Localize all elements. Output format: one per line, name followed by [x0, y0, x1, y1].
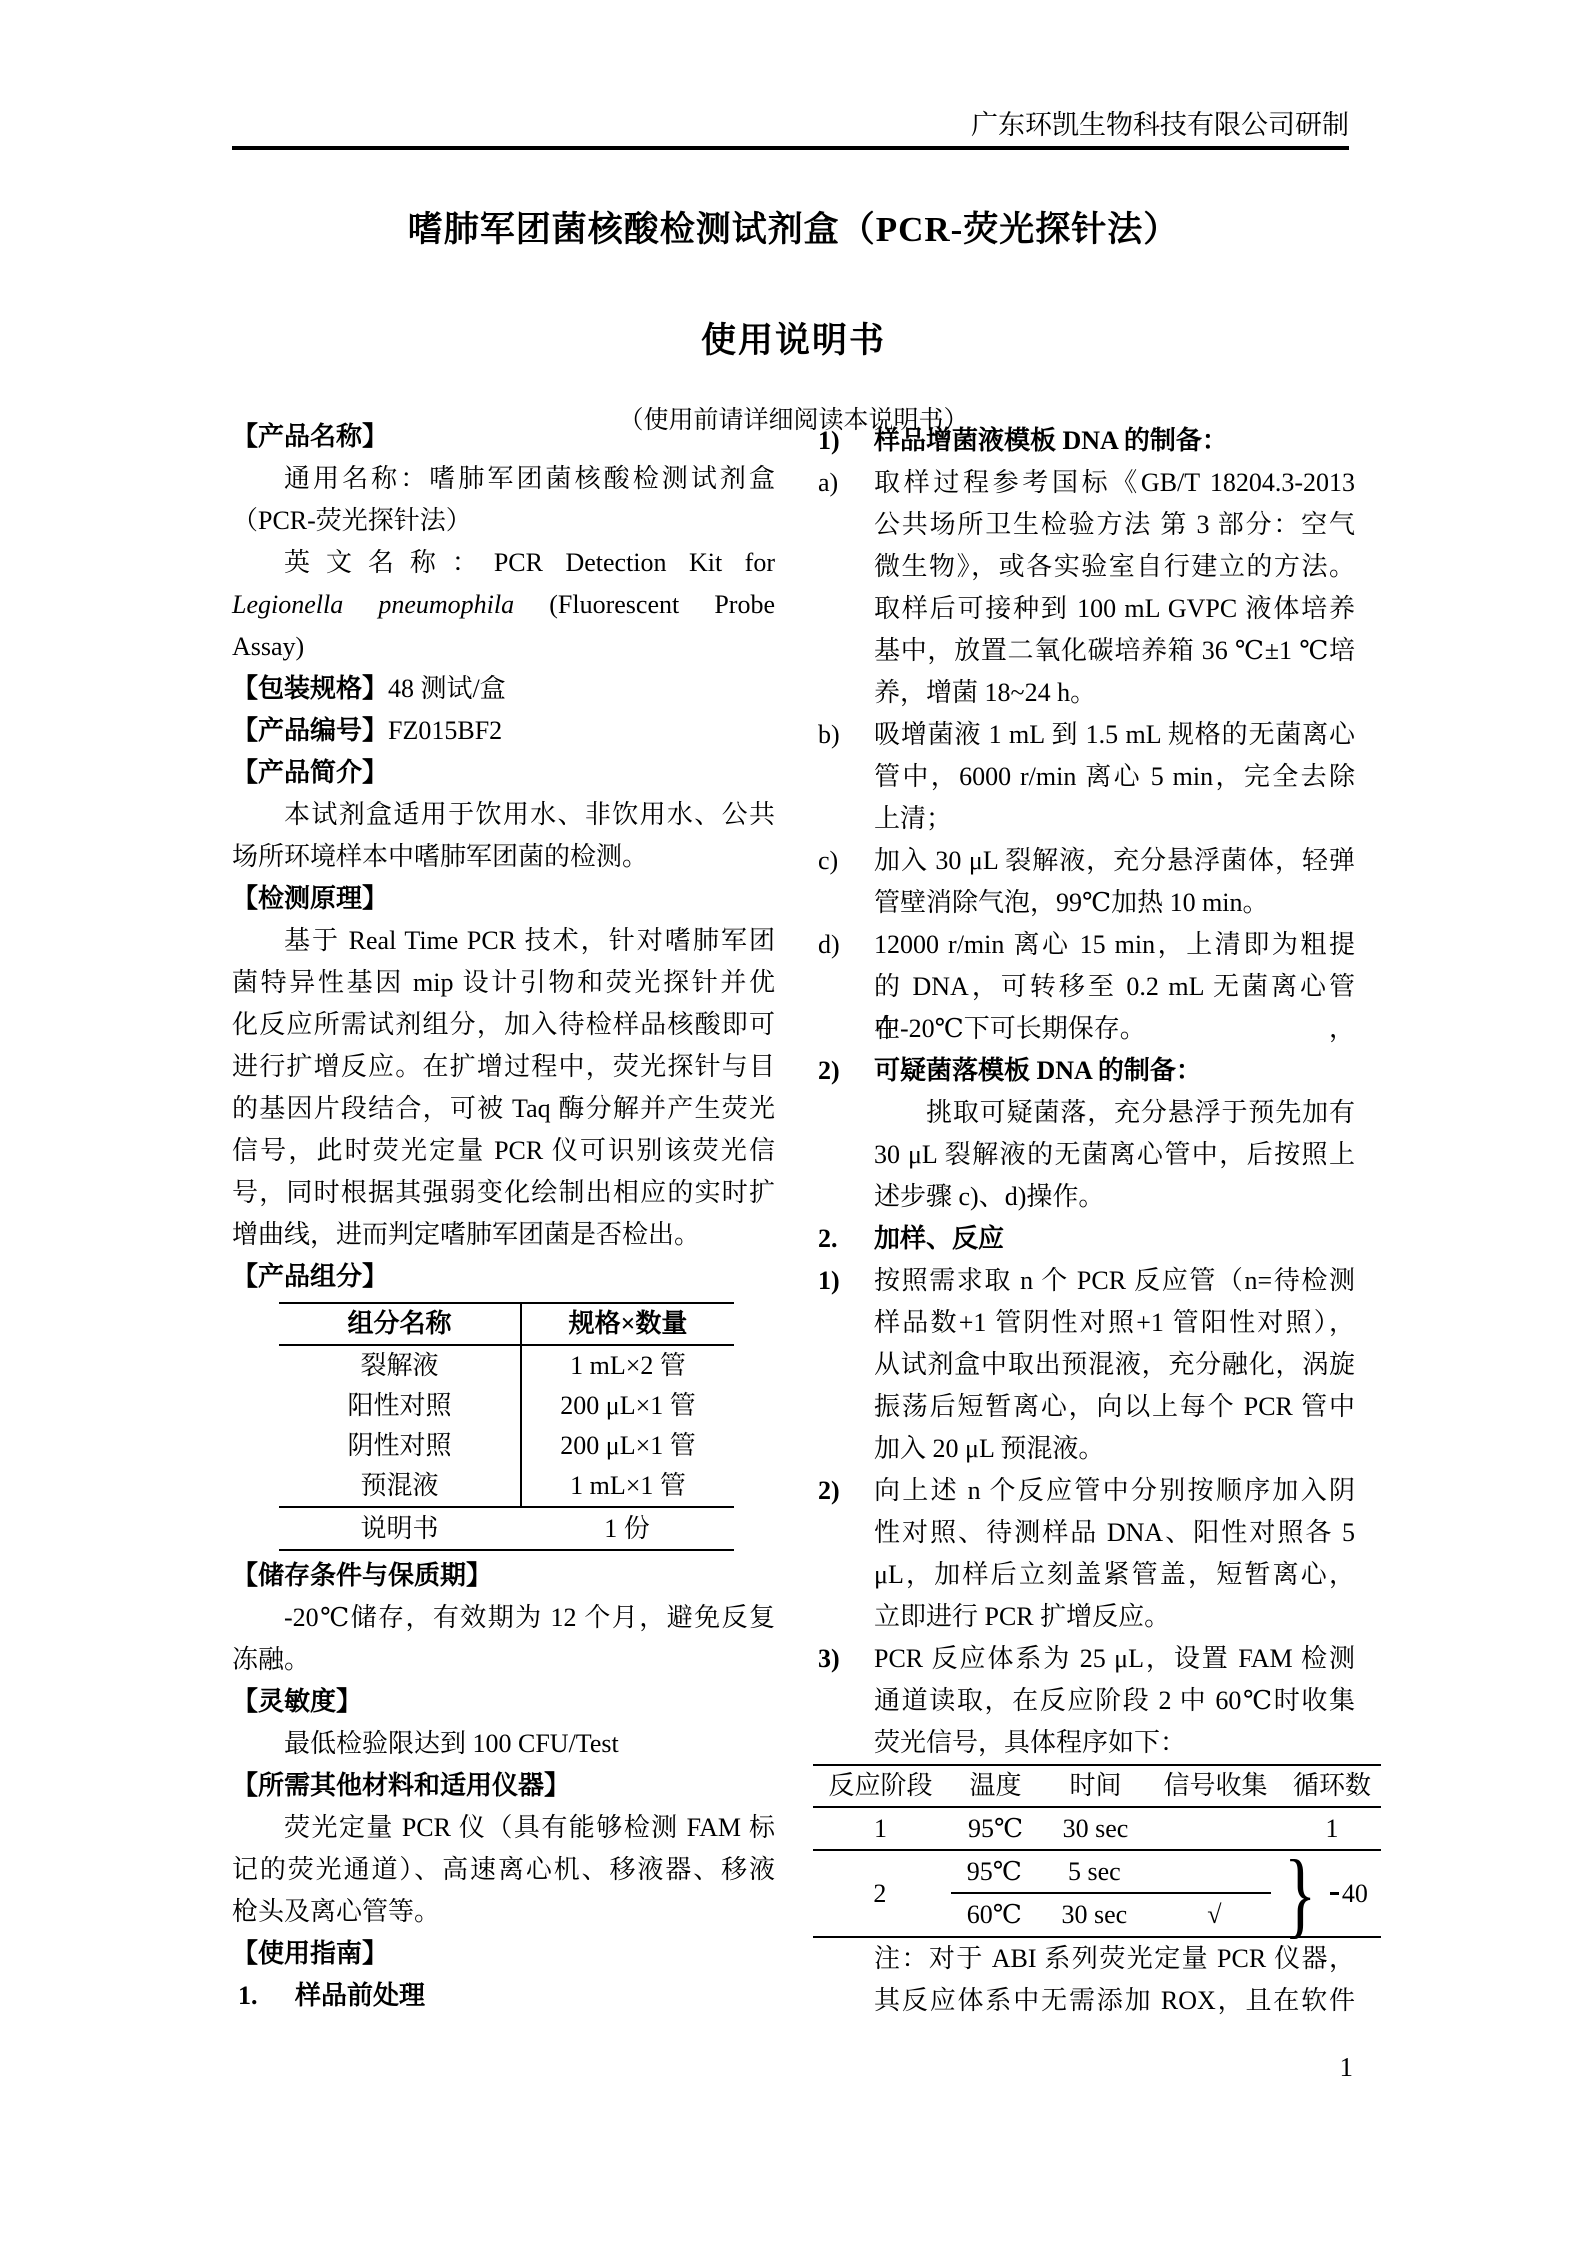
text-run: 信号，此时荧光定量 PCR 仪可识别该荧光信 [232, 1136, 775, 1165]
pcr-stage2-step1-time: 5 sec [1042, 1851, 1147, 1893]
component-table-header: 组分名称 规格×数量 [279, 1304, 734, 1346]
text-line: 振荡后短暂离心，向以上每个 PCR 管中 [874, 1386, 1355, 1428]
sensitivity-text: 最低检验限达到 100 CFU/Test [232, 1723, 775, 1765]
text-line: 30 μL 裂解液的无菌离心管中，后按照上 [874, 1134, 1355, 1176]
component-table-body: 裂解液1 mL×2 管阳性对照200 μL×1 管阴性对照200 μL×1 管预… [279, 1346, 734, 1506]
text-run: 样品数+1 管阴性对照+1 管阳性对照）， [874, 1308, 1355, 1337]
step-sample-pretreatment: 1.样品前处理 [232, 1975, 775, 2017]
text-line: 基中，放置二氧化碳培养箱 36 ℃±1 ℃培 [874, 630, 1355, 672]
text-run: 立即进行 PCR 扩增反应。 [874, 1602, 1170, 1631]
text-run: 化反应所需试剂组分，加入待检样品核酸即可 [232, 1010, 775, 1039]
text-run: 加入 20 μL 预混液。 [874, 1434, 1104, 1463]
component-name: 阳性对照 [279, 1386, 522, 1426]
text-run: 30 μL 裂解液的无菌离心管中，后按照上 [874, 1140, 1355, 1169]
text-line: （PCR-荧光探针法） [232, 500, 775, 542]
pcr-stage2-step2: 60℃ 30 sec √ [947, 1893, 1282, 1936]
reaction-step-1: 1)按照需求取 n 个 PCR 反应管（n=待检测样品数+1 管阴性对照+1 管… [812, 1260, 1355, 1470]
text-line: 【灵敏度】 [232, 1681, 775, 1723]
text-run: 基于 Real Time PCR 技术，针对嗜肺军团 [284, 926, 775, 955]
text-line: 其反应体系中无需添加 ROX，且在软件 [874, 1980, 1355, 2022]
section-other-materials: 【所需其他材料和适用仪器】 [232, 1765, 775, 1807]
text-run: 在-20℃下可长期保存。 [874, 1014, 1146, 1043]
text-run: PCR 反应体系为 25 μL，设置 FAM 检测 [874, 1644, 1355, 1673]
text-run: （PCR-荧光探针法） [232, 506, 472, 535]
product-code: 【产品编号】FZ015BF2 [232, 710, 775, 752]
text-run: 振荡后短暂离心，向以上每个 PCR 管中 [874, 1392, 1355, 1421]
pcr-header-temp: 温度 [948, 1766, 1043, 1806]
component-table-footer-qty: 1 份 [520, 1508, 734, 1549]
component-spec: 200 μL×1 管 [522, 1426, 734, 1466]
text-line: 冻融。 [232, 1639, 775, 1681]
text-line: 通用名称：嗜肺军团菌核酸检测试剂盒 [232, 458, 775, 500]
text-line: 最低检验限达到 100 CFU/Test [232, 1723, 775, 1765]
component-table-row: 阴性对照200 μL×1 管 [279, 1426, 734, 1466]
pcr-stage2-step2-temp: 60℃ [947, 1893, 1042, 1936]
text-run: 【储存条件与保质期】 [232, 1561, 492, 1590]
text-run: 取样过程参考国标《GB/T 18204.3-2013 [874, 468, 1355, 497]
product-intro-text: 本试剂盒适用于饮用水、非饮用水、公共场所环境样本中嗜肺军团菌的检测。 [232, 794, 775, 878]
section-sensitivity: 【灵敏度】 [232, 1681, 775, 1723]
text-line: 化反应所需试剂组分，加入待检样品核酸即可 [232, 1004, 775, 1046]
text-run: 述步骤 c)、d)操作。 [874, 1182, 1104, 1211]
step-a: a)取样过程参考国标《GB/T 18204.3-2013公共场所卫生检验方法 第… [812, 462, 1355, 714]
brace-dash-icon [1330, 1892, 1339, 1895]
pcr-stage2-step1: 95℃ 5 sec [947, 1851, 1282, 1893]
document-title: 嗜肺军团菌核酸检测试剂盒（PCR-荧光探针法） [0, 202, 1587, 252]
principle-text: 基于 Real Time PCR 技术，针对嗜肺军团菌特异性基因 mip 设计引… [232, 920, 775, 1256]
text-line: 加样、反应 [874, 1218, 1355, 1260]
text-line: PCR 反应体系为 25 μL，设置 FAM 检测 [874, 1638, 1355, 1680]
component-table-row: 裂解液1 mL×2 管 [279, 1346, 734, 1386]
text-line: 加入 30 μL 裂解液，充分悬浮菌体，轻弹 [874, 840, 1355, 882]
text-run: 性对照、待测样品 DNA、阳性对照各 5 [874, 1518, 1355, 1547]
component-name: 预混液 [279, 1466, 522, 1506]
english-name: 英文名称：PCR Detection Kit forLegionella pne… [232, 542, 775, 668]
text-line: 公共场所卫生检验方法 第 3 部分：空气 [874, 504, 1355, 546]
text-line: 【包装规格】48 测试/盒 [232, 668, 775, 710]
text-line: 【检测原理】 [232, 878, 775, 920]
text-line: 英文名称：PCR Detection Kit for [232, 542, 775, 584]
header-company: 广东环凯生物科技有限公司研制 [971, 108, 1349, 142]
text-line: 挑取可疑菌落，充分悬浮于预先加有 [874, 1092, 1355, 1134]
text-run: 按照需求取 n 个 PCR 反应管（n=待检测 [874, 1266, 1355, 1295]
step-b: b)吸增菌液 1 mL 到 1.5 mL 规格的无菌离心管中，6000 r/mi… [812, 714, 1355, 840]
text-run: 样品增菌液模板 DNA 的制备： [874, 426, 1228, 455]
text-run: 英文名称：PCR Detection Kit for [284, 548, 775, 577]
text-line: 样品前处理 [295, 1975, 775, 2017]
section-storage: 【储存条件与保质期】 [232, 1555, 775, 1597]
component-spec: 1 mL×1 管 [522, 1466, 734, 1506]
text-run: 上清； [874, 804, 952, 833]
text-run: -20℃储存，有效期为 12 个月，避免反复 [284, 1603, 775, 1632]
component-name: 阴性对照 [279, 1426, 522, 1466]
text-run: 【产品名称】 [232, 422, 388, 451]
text-run: 的基因片段结合，可被 Taq 酶分解并产生荧光 [232, 1094, 775, 1123]
text-run: 从试剂盒中取出预混液，充分融化，涡旋 [874, 1350, 1355, 1379]
header-rule [232, 146, 1349, 150]
text-line: 样品增菌液模板 DNA 的制备： [874, 420, 1355, 462]
pcr-program-table: 反应阶段 温度 时间 信号收集 循环数 1 95℃ 30 sec 1 2 95℃… [813, 1764, 1381, 1938]
text-run: 场所环境样本中嗜肺军团菌的检测。 [232, 842, 648, 871]
text-run: 养，增菌 18~24 h。 [874, 678, 1096, 707]
section-principle: 【检测原理】 [232, 878, 775, 920]
text-line: 【储存条件与保质期】 [232, 1555, 775, 1597]
text-line: 本试剂盒适用于饮用水、非饮用水、公共 [232, 794, 775, 836]
text-line: 枪头及离心管等。 [232, 1891, 775, 1933]
component-spec: 1 mL×2 管 [522, 1346, 734, 1386]
text-run: 【产品编号】 [232, 716, 388, 745]
text-run: 12000 r/min 离心 15 min，上清即为粗提 [874, 930, 1355, 959]
right-column: 1)样品增菌液模板 DNA 的制备：a)取样过程参考国标《GB/T 18204.… [812, 420, 1355, 2022]
pcr-stage2-step1-collect [1147, 1851, 1282, 1893]
step-colony-dna: 2)可疑菌落模板 DNA 的制备： [812, 1050, 1355, 1092]
note-abi: 注：对于 ABI 系列荧光定量 PCR 仪器，其反应体系中无需添加 ROX，且在… [812, 1938, 1355, 2022]
pcr-stage1-collect [1148, 1808, 1283, 1849]
other-materials-text: 荧光定量 PCR 仪（具有能够检测 FAM 标记的荧光通道）、高速离心机、移液器… [232, 1807, 775, 1933]
text-line: 信号，此时荧光定量 PCR 仪可识别该荧光信 [232, 1130, 775, 1172]
text-run: 进行扩增反应。在扩增过程中，荧光探针与目 [232, 1052, 775, 1081]
pcr-header-stage: 反应阶段 [813, 1766, 948, 1806]
text-line: -20℃储存，有效期为 12 个月，避免反复 [232, 1597, 775, 1639]
text-run: 公共场所卫生检验方法 第 3 部分：空气 [874, 510, 1355, 539]
left-column: 【产品名称】通用名称：嗜肺军团菌核酸检测试剂盒（PCR-荧光探针法）英文名称：P… [232, 416, 775, 2017]
text-line: 取样过程参考国标《GB/T 18204.3-2013 [874, 462, 1355, 504]
text-run: 基中，放置二氧化碳培养箱 36 ℃±1 ℃培 [874, 636, 1355, 665]
text-run: 号，同时根据其强弱变化绘制出相应的实时扩 [232, 1178, 775, 1207]
storage-text: -20℃储存，有效期为 12 个月，避免反复冻融。 [232, 1597, 775, 1681]
document-page: 广东环凯生物科技有限公司研制 嗜肺军团菌核酸检测试剂盒（PCR-荧光探针法） 使… [0, 0, 1587, 2245]
section-components: 【产品组分】 [232, 1256, 775, 1298]
pcr-stage1-time: 30 sec [1043, 1808, 1148, 1849]
text-run: (Fluorescent Probe [514, 590, 775, 619]
text-run: 枪头及离心管等。 [232, 1897, 440, 1926]
text-run: 加样、反应 [874, 1224, 1004, 1253]
text-run: 取样后可接种到 100 mL GVPC 液体培养 [874, 594, 1355, 623]
component-table: 组分名称 规格×数量 裂解液1 mL×2 管阳性对照200 μL×1 管阴性对照… [279, 1302, 734, 1551]
text-run: 微生物》，或各实验室自行建立的方法。 [874, 552, 1355, 581]
text-line: 管中，6000 r/min 离心 5 min，完全去除 [874, 756, 1355, 798]
component-spec: 200 μL×1 管 [522, 1386, 734, 1426]
text-line: 注：对于 ABI 系列荧光定量 PCR 仪器， [874, 1938, 1355, 1980]
right-column-bottom: 注：对于 ABI 系列荧光定量 PCR 仪器，其反应体系中无需添加 ROX，且在… [812, 1938, 1355, 2022]
list-marker: 2) [818, 1470, 840, 1512]
text-line: μL，加样后立刻盖紧管盖，短暂离心， [874, 1554, 1355, 1596]
list-marker: 3) [818, 1638, 840, 1680]
text-run: 吸增菌液 1 mL 到 1.5 mL 规格的无菌离心 [874, 720, 1355, 749]
pcr-stage2-cycles: 40 [1342, 1879, 1368, 1909]
step-loading-reaction: 2.加样、反应 [812, 1218, 1355, 1260]
text-run: FZ015BF2 [388, 716, 502, 745]
text-line: 【所需其他材料和适用仪器】 [232, 1765, 775, 1807]
pcr-stage1-stage: 1 [813, 1808, 948, 1849]
text-line: 【产品名称】 [232, 416, 775, 458]
component-table-header-spec: 规格×数量 [522, 1304, 734, 1344]
text-line: 通道读取，在反应阶段 2 中 60℃时收集 [874, 1680, 1355, 1722]
text-line: 立即进行 PCR 扩增反应。 [874, 1596, 1355, 1638]
text-line: 可疑菌落模板 DNA 的制备： [874, 1050, 1355, 1092]
text-line: 进行扩增反应。在扩增过程中，荧光探针与目 [232, 1046, 775, 1088]
text-line: 的基因片段结合，可被 Taq 酶分解并产生荧光 [232, 1088, 775, 1130]
text-run: 【产品简介】 [232, 758, 388, 787]
text-line: Legionella pneumophila (Fluorescent Prob… [232, 584, 775, 626]
text-run: 通用名称：嗜肺军团菌核酸检测试剂盒 [284, 464, 775, 493]
text-line: 述步骤 c)、d)操作。 [874, 1176, 1355, 1218]
text-line: 样品数+1 管阴性对照+1 管阳性对照）， [874, 1302, 1355, 1344]
left-column-top: 【产品名称】通用名称：嗜肺军团菌核酸检测试剂盒（PCR-荧光探针法）英文名称：P… [232, 416, 775, 1298]
curly-brace-icon: } [1284, 1854, 1316, 1934]
text-run: 最低检验限达到 100 CFU/Test [284, 1729, 619, 1758]
text-run: 荧光定量 PCR 仪（具有能够检测 FAM 标 [284, 1813, 775, 1842]
reaction-step-2: 2)向上述 n 个反应管中分别按顺序加入阴性对照、待测样品 DNA、阳性对照各 … [812, 1470, 1355, 1638]
text-line: 场所环境样本中嗜肺军团菌的检测。 [232, 836, 775, 878]
text-line: 管壁消除气泡，99℃加热 10 min。 [874, 882, 1355, 924]
text-run: 【产品组分】 [232, 1262, 388, 1291]
colony-dna-text: 挑取可疑菌落，充分悬浮于预先加有30 μL 裂解液的无菌离心管中，后按照上述步骤… [812, 1092, 1355, 1218]
step-c: c)加入 30 μL 裂解液，充分悬浮菌体，轻弹管壁消除气泡，99℃加热 10 … [812, 840, 1355, 924]
right-column-top: 1)样品增菌液模板 DNA 的制备：a)取样过程参考国标《GB/T 18204.… [812, 420, 1355, 1764]
list-marker: c) [818, 840, 838, 882]
left-column-bottom: 【储存条件与保质期】-20℃储存，有效期为 12 个月，避免反复冻融。【灵敏度】… [232, 1555, 775, 2017]
text-line: 吸增菌液 1 mL 到 1.5 mL 规格的无菌离心 [874, 714, 1355, 756]
list-marker: d) [818, 924, 840, 966]
reaction-step-3: 3)PCR 反应体系为 25 μL，设置 FAM 检测通道读取，在反应阶段 2 … [812, 1638, 1355, 1764]
text-line: 【产品编号】FZ015BF2 [232, 710, 775, 752]
document-subtitle: 使用说明书 [0, 313, 1587, 363]
list-marker: 1) [818, 1260, 840, 1302]
step-d: d)12000 r/min 离心 15 min，上清即为粗提的 DNA，可转移至… [812, 924, 1355, 1050]
component-name: 裂解液 [279, 1346, 522, 1386]
text-run: 向上述 n 个反应管中分别按顺序加入阴 [874, 1476, 1355, 1505]
component-table-header-name: 组分名称 [279, 1304, 522, 1344]
text-line: 基于 Real Time PCR 技术，针对嗜肺军团 [232, 920, 775, 962]
section-product-name: 【产品名称】 [232, 416, 775, 458]
text-line: 号，同时根据其强弱变化绘制出相应的实时扩 [232, 1172, 775, 1214]
pcr-stage1-temp: 95℃ [948, 1808, 1043, 1849]
component-table-footer-name: 说明书 [279, 1508, 520, 1549]
text-line: 【产品组分】 [232, 1256, 775, 1298]
text-run: Legionella pneumophila [232, 590, 514, 619]
text-line: 按照需求取 n 个 PCR 反应管（n=待检测 [874, 1260, 1355, 1302]
list-marker: a) [818, 462, 838, 504]
text-line: 荧光信号，具体程序如下： [874, 1722, 1355, 1764]
text-run: 【所需其他材料和适用仪器】 [232, 1771, 570, 1800]
text-line: 加入 20 μL 预混液。 [874, 1428, 1355, 1470]
text-line: 向上述 n 个反应管中分别按顺序加入阴 [874, 1470, 1355, 1512]
list-marker: 1) [818, 420, 840, 462]
text-line: 【使用指南】 [232, 1933, 775, 1975]
text-line: 上清； [874, 798, 1355, 840]
text-run: 增曲线，进而判定嗜肺军团菌是否检出。 [232, 1220, 700, 1249]
text-run: 48 测试/盒 [388, 674, 506, 703]
pcr-header-time: 时间 [1043, 1766, 1148, 1806]
text-run: 样品前处理 [295, 1981, 425, 2010]
text-line: 从试剂盒中取出预混液，充分融化，涡旋 [874, 1344, 1355, 1386]
step-enrichment-dna: 1)样品增菌液模板 DNA 的制备： [812, 420, 1355, 462]
pcr-table-header: 反应阶段 温度 时间 信号收集 循环数 [813, 1766, 1381, 1808]
text-line: 的 DNA，可转移至 0.2 mL 无菌离心管中， [874, 966, 1355, 1008]
text-line: 性对照、待测样品 DNA、阳性对照各 5 [874, 1512, 1355, 1554]
text-line: 增曲线，进而判定嗜肺军团菌是否检出。 [232, 1214, 775, 1256]
text-run: 菌特异性基因 mip 设计引物和荧光探针并优 [232, 968, 775, 997]
component-table-row: 预混液1 mL×1 管 [279, 1466, 734, 1506]
section-usage-guide: 【使用指南】 [232, 1933, 775, 1975]
text-run: 通道读取，在反应阶段 2 中 60℃时收集 [874, 1686, 1355, 1715]
pack-spec: 【包装规格】48 测试/盒 [232, 668, 775, 710]
section-product-intro: 【产品简介】 [232, 752, 775, 794]
list-marker: 2. [818, 1218, 838, 1260]
text-run: 【灵敏度】 [232, 1687, 362, 1716]
text-line: 12000 r/min 离心 15 min，上清即为粗提 [874, 924, 1355, 966]
pcr-stage2-stage: 2 [813, 1851, 947, 1936]
text-run: 加入 30 μL 裂解液，充分悬浮菌体，轻弹 [874, 846, 1355, 875]
text-run: 其反应体系中无需添加 ROX，且在软件 [874, 1986, 1355, 2015]
text-line: 记的荧光通道）、高速离心机、移液器、移液 [232, 1849, 775, 1891]
pcr-stage2-step1-temp: 95℃ [947, 1851, 1042, 1893]
pcr-stage2-steps: 95℃ 5 sec 60℃ 30 sec √ [947, 1851, 1282, 1936]
list-marker: b) [818, 714, 840, 756]
text-run: 【检测原理】 [232, 884, 388, 913]
text-line: 荧光定量 PCR 仪（具有能够检测 FAM 标 [232, 1807, 775, 1849]
text-line: 养，增菌 18~24 h。 [874, 672, 1355, 714]
text-run: 【包装规格】 [232, 674, 388, 703]
component-table-footer-row: 说明书 1 份 [279, 1506, 734, 1549]
text-run: 可疑菌落模板 DNA 的制备： [874, 1056, 1202, 1085]
pcr-stage2-step2-collect: √ [1147, 1893, 1282, 1936]
text-run: 挑取可疑菌落，充分悬浮于预先加有 [926, 1098, 1355, 1127]
text-run: 冻融。 [232, 1645, 310, 1674]
pcr-header-collect: 信号收集 [1148, 1766, 1283, 1806]
generic-name: 通用名称：嗜肺军团菌核酸检测试剂盒（PCR-荧光探针法） [232, 458, 775, 542]
text-run: 管中，6000 r/min 离心 5 min，完全去除 [874, 762, 1355, 791]
component-table-row: 阳性对照200 μL×1 管 [279, 1386, 734, 1426]
page-number: 1 [1340, 2052, 1354, 2083]
pcr-stage2-row: 2 95℃ 5 sec 60℃ 30 sec √ } [813, 1851, 1381, 1936]
text-run: Assay) [232, 632, 304, 661]
text-run: μL，加样后立刻盖紧管盖，短暂离心， [874, 1560, 1355, 1589]
text-run: 管壁消除气泡，99℃加热 10 min。 [874, 888, 1269, 917]
text-run: 【使用指南】 [232, 1939, 388, 1968]
text-line: 菌特异性基因 mip 设计引物和荧光探针并优 [232, 962, 775, 1004]
text-line: 【产品简介】 [232, 752, 775, 794]
text-line: Assay) [232, 626, 775, 668]
text-run: 记的荧光通道）、高速离心机、移液器、移液 [232, 1855, 775, 1884]
text-run: 注：对于 ABI 系列荧光定量 PCR 仪器， [874, 1944, 1355, 1973]
pcr-stage2-cycles-cell: } 40 [1282, 1851, 1381, 1936]
pcr-header-cycles: 循环数 [1283, 1766, 1381, 1806]
text-line: 取样后可接种到 100 mL GVPC 液体培养 [874, 588, 1355, 630]
text-run: 荧光信号，具体程序如下： [874, 1728, 1186, 1757]
text-run: 本试剂盒适用于饮用水、非饮用水、公共 [284, 800, 775, 829]
text-line: 微生物》，或各实验室自行建立的方法。 [874, 546, 1355, 588]
pcr-stage2-step2-time: 30 sec [1042, 1893, 1147, 1936]
list-marker: 1. [238, 1975, 258, 2017]
list-marker: 2) [818, 1050, 840, 1092]
